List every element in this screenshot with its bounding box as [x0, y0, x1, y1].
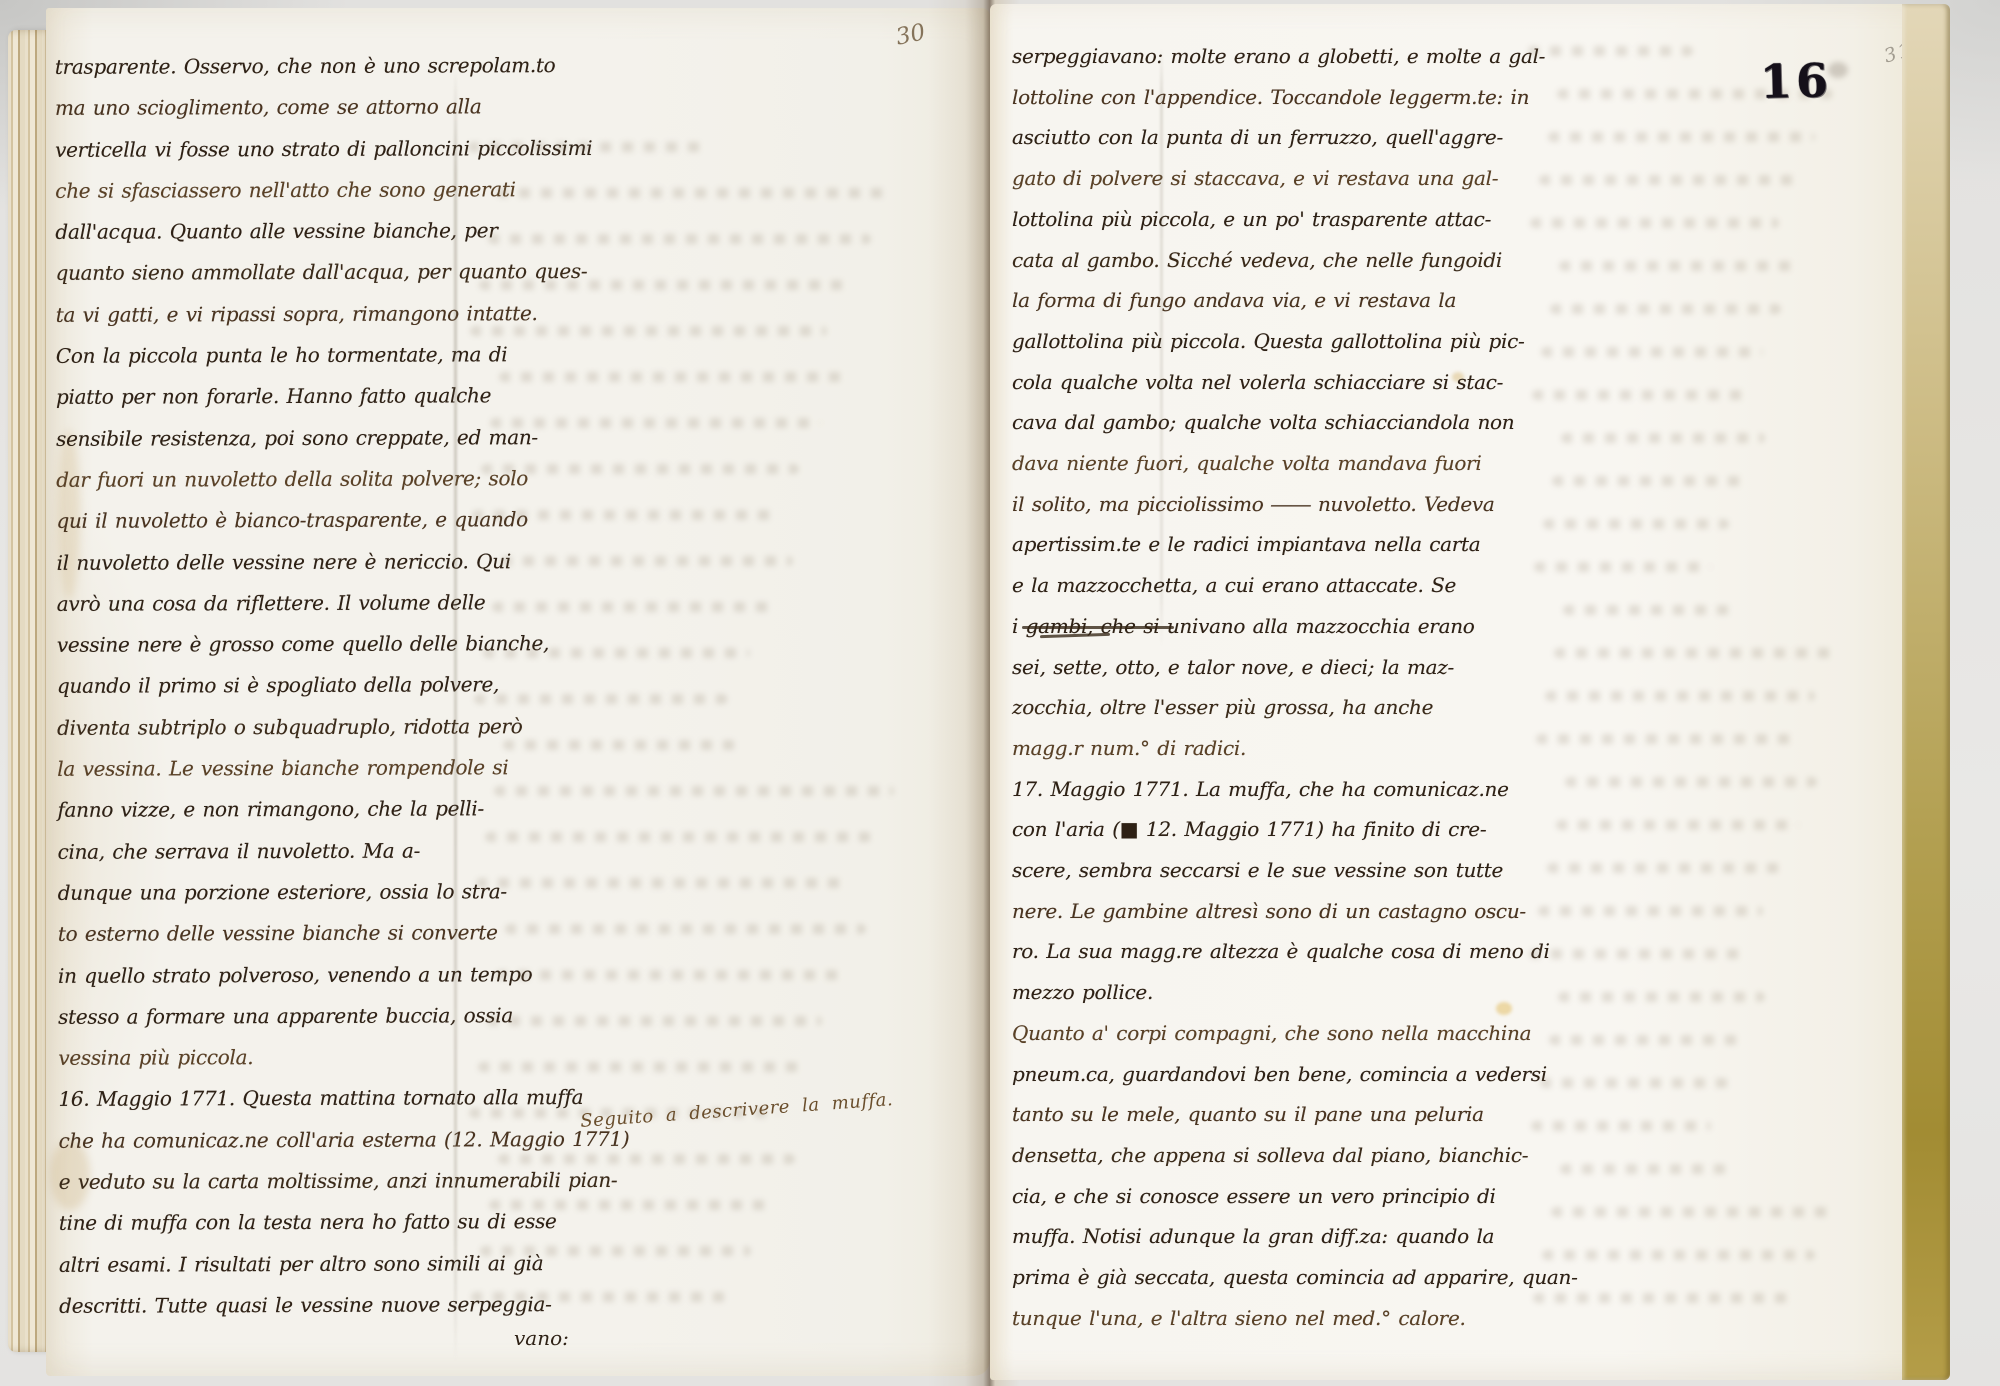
ghost-line [1560, 1164, 1731, 1174]
manuscript-line: vessine nere è grosso come quello delle … [57, 623, 531, 666]
ghost-line [468, 142, 705, 152]
manuscript-line: cia, e che si conosce essere un vero pri… [1012, 1176, 1512, 1217]
manuscript-line: diventa subtriplo o subquadruplo, ridott… [57, 706, 531, 749]
ghost-line [1528, 46, 1693, 56]
ghost-line [481, 464, 799, 474]
ghost-line [501, 556, 793, 566]
manuscript-line: lottolina più piccola, e un po' traspare… [1012, 199, 1512, 240]
manuscript-line: nere. Le gambine altresì sono di un cast… [1012, 891, 1512, 932]
manuscript-line: dall'acqua. Quanto alle vessine bianche,… [55, 210, 529, 253]
manuscript-line: gato di polvere si staccava, e vi restav… [1012, 158, 1512, 199]
ghost-line [1543, 519, 1729, 529]
ghost-line [1558, 992, 1765, 1002]
manuscript-line: e veduto su la carta moltissime, anzi in… [59, 1160, 533, 1203]
ghost-line [1531, 1121, 1711, 1131]
ghost-line [1532, 390, 1745, 400]
ghost-line [483, 648, 750, 658]
ghost-line [1547, 863, 1781, 873]
manuscript-line: dunque una porzione esteriore, ossia lo … [58, 871, 532, 914]
manuscript-line: fanno vizze, e non rimangono, che la pel… [57, 789, 531, 832]
ghost-line [492, 602, 772, 612]
next-leaf-fold [1846, 4, 1904, 1380]
manuscript-line: zocchia, oltre l'esser più grossa, ha an… [1012, 687, 1512, 728]
manuscript-line: tanto su le mele, quanto su il pane una … [1012, 1094, 1512, 1135]
manuscript-line: 17. Maggio 1771. La muffa, che ha comuni… [1012, 769, 1512, 810]
manuscript-line: tunque l'una, e l'altra sieno nel med.° … [1012, 1298, 1512, 1339]
manuscript-line: tine di muffa con la testa nera ho fatto… [59, 1201, 533, 1244]
manuscript-line: densetta, che appena si solleva dal pian… [1012, 1135, 1512, 1176]
ghost-line [480, 1246, 751, 1256]
ghost-line [1534, 562, 1711, 572]
ghost-line [1540, 1078, 1729, 1088]
manuscript-line: lottoline con l'appendice. Toccandole le… [1012, 77, 1512, 118]
manuscript-line: prima è già seccata, questa comincia ad … [1012, 1257, 1512, 1298]
manuscript-line: sei, sette, otto, e talor nove, e dieci;… [1012, 647, 1512, 688]
ghost-line [1556, 820, 1799, 830]
ghost-line [1538, 906, 1763, 916]
manuscript-line: trasparente. Osservo, che non è uno scre… [55, 45, 529, 88]
ghost-line [479, 280, 849, 290]
manuscript-line: to esterno delle vessine bianche si conv… [58, 912, 532, 955]
ghost-line [1552, 476, 1747, 486]
manuscript-line: pneum.ca, guardandovi ben bene, comincia… [1012, 1054, 1512, 1095]
manuscript-line: vessina più piccola. [58, 1036, 532, 1079]
manuscript-line: cina, che serrava il nuvoletto. Ma a- [58, 830, 532, 873]
manuscript-line: il solito, ma picciolissimo ―― nuvoletto… [1012, 484, 1512, 525]
ghost-line [496, 970, 844, 980]
bleedthrough-left-margin [468, 142, 938, 1362]
manuscript-scan: trasparente. Osservo, che non è uno scre… [0, 0, 2000, 1386]
manuscript-line: muffa. Notisi adunque la gran diff.za: q… [1012, 1216, 1512, 1257]
ghost-line [1548, 132, 1815, 142]
ghost-line [1561, 433, 1765, 443]
manuscript-line: serpeggiavano: molte erano a globetti, e… [1012, 36, 1512, 77]
manuscript-line: verticella vi fosse uno strato di pallon… [55, 128, 529, 171]
ghost-line [498, 1154, 795, 1164]
manuscript-line: piatto per non forarle. Hanno fatto qual… [56, 376, 530, 419]
ghost-line [1530, 218, 1779, 228]
ghost-line [478, 1062, 801, 1072]
ghost-line [1533, 1293, 1797, 1303]
manuscript-line: altri esami. I risultati per altro sono … [59, 1243, 533, 1286]
right-page-text: serpeggiavano: molte erano a globetti, e… [1012, 36, 1512, 1339]
ghost-line [1565, 777, 1817, 787]
manuscript-line: cata al gambo. Sicché vedeva, che nelle … [1012, 240, 1512, 281]
manuscript-line: scere, sembra seccarsi e le sue vessine … [1012, 850, 1512, 891]
quire-number-stamp: 16 [1759, 57, 1832, 105]
manuscript-line: che ha comunicaz.ne coll'aria esterna (1… [59, 1119, 533, 1162]
ghost-line [474, 694, 728, 704]
ghost-line [1542, 1250, 1815, 1260]
manuscript-line: mezzo pollice. [1012, 972, 1512, 1013]
book-fore-edge [1902, 4, 1950, 1380]
ghost-line [470, 326, 827, 336]
ghost-line [1536, 734, 1797, 744]
manuscript-line: quanto sieno ammollate dall'acqua, per q… [55, 252, 529, 295]
ghost-line [1549, 1035, 1747, 1045]
left-page-crease [454, 70, 457, 1362]
manuscript-line: in quello strato polveroso, venendo a un… [58, 954, 532, 997]
ghost-line [1545, 691, 1815, 701]
manuscript-line: stesso a formare una apparente buccia, o… [58, 995, 532, 1038]
ghost-line [505, 924, 866, 934]
ghost-line [471, 1292, 729, 1302]
ghost-line [499, 372, 843, 382]
ghost-line [1554, 648, 1833, 658]
right-page-crease [1160, 48, 1163, 648]
manuscript-line: magg.r num.° di radici. [1012, 728, 1512, 769]
manuscript-line: apertissim.te e le radici impiantava nel… [1012, 524, 1512, 565]
manuscript-line: descritti. Tutte quasi le vessine nuove … [59, 1284, 533, 1327]
ghost-line [1529, 949, 1745, 959]
manuscript-line: dar fuori un nuvoletto della solita polv… [56, 458, 530, 501]
manuscript-line: il nuvoletto delle vessine nere è nericc… [56, 541, 530, 584]
ghost-line [1539, 175, 1797, 185]
ghost-line [497, 188, 893, 198]
ghost-line [1551, 1207, 1833, 1217]
manuscript-line: 16. Maggio 1771. Questa mattina tornato … [58, 1078, 532, 1121]
ghost-line [1559, 261, 1799, 271]
underline-mazzocchetta [1022, 626, 1174, 629]
manuscript-line: ma uno scioglimento, come se attorno all… [55, 86, 529, 129]
manuscript-line: la forma di fungo andava via, e vi resta… [1012, 280, 1512, 321]
left-page-text: trasparente. Osservo, che non è uno scre… [55, 45, 533, 1327]
manuscript-line: avrò una cosa da riflettere. Il volume d… [57, 582, 531, 625]
ghost-line [1541, 347, 1763, 357]
ghost-line [1550, 304, 1781, 314]
manuscript-line: dava niente fuori, qualche volta mandava… [1012, 443, 1512, 484]
manuscript-line: cava dal gambo; qualche volta schiaccian… [1012, 402, 1512, 443]
manuscript-line: e la mazzocchetta, a cui erano attaccate… [1012, 565, 1512, 606]
manuscript-line: ta vi gatti, e vi ripassi sopra, rimango… [56, 293, 530, 336]
manuscript-line: quando il primo si è spogliato della pol… [57, 665, 531, 708]
manuscript-line: cola qualche volta nel volerla schiaccia… [1012, 362, 1512, 403]
ghost-line [485, 832, 872, 842]
bleedthrough-next-leaf [1528, 46, 1848, 1346]
ghost-line [472, 510, 777, 520]
manuscript-line: ro. La sua magg.re altezza è qualche cos… [1012, 931, 1512, 972]
ghost-line [494, 786, 894, 796]
stamp-smudge [1828, 62, 1848, 78]
ghost-line [476, 878, 850, 888]
manuscript-line: gallottolina più piccola. Questa gallott… [1012, 321, 1512, 362]
ghost-line [487, 1016, 822, 1026]
manuscript-line: Con la piccola punta le ho tormentate, m… [56, 334, 530, 377]
ghost-line [503, 740, 744, 750]
ghost-line [490, 418, 821, 428]
manuscript-line: sensibile resistenza, poi sono creppate,… [56, 417, 530, 460]
manuscript-line: con l'aria (■ 12. Maggio 1771) ha finito… [1012, 809, 1512, 850]
manuscript-line: asciutto con la punta di un ferruzzo, qu… [1012, 117, 1512, 158]
manuscript-line: la vessina. Le vessine bianche rompendol… [57, 747, 531, 790]
manuscript-line: che si sfasciassero nell'atto che sono g… [55, 169, 529, 212]
ghost-line [1563, 605, 1731, 615]
manuscript-line: Quanto a' corpi compagni, che sono nella… [1012, 1013, 1512, 1054]
ghost-line [489, 1200, 773, 1210]
manuscript-line: qui il nuvoletto è bianco-trasparente, e… [56, 499, 530, 542]
ghost-line [488, 234, 871, 244]
